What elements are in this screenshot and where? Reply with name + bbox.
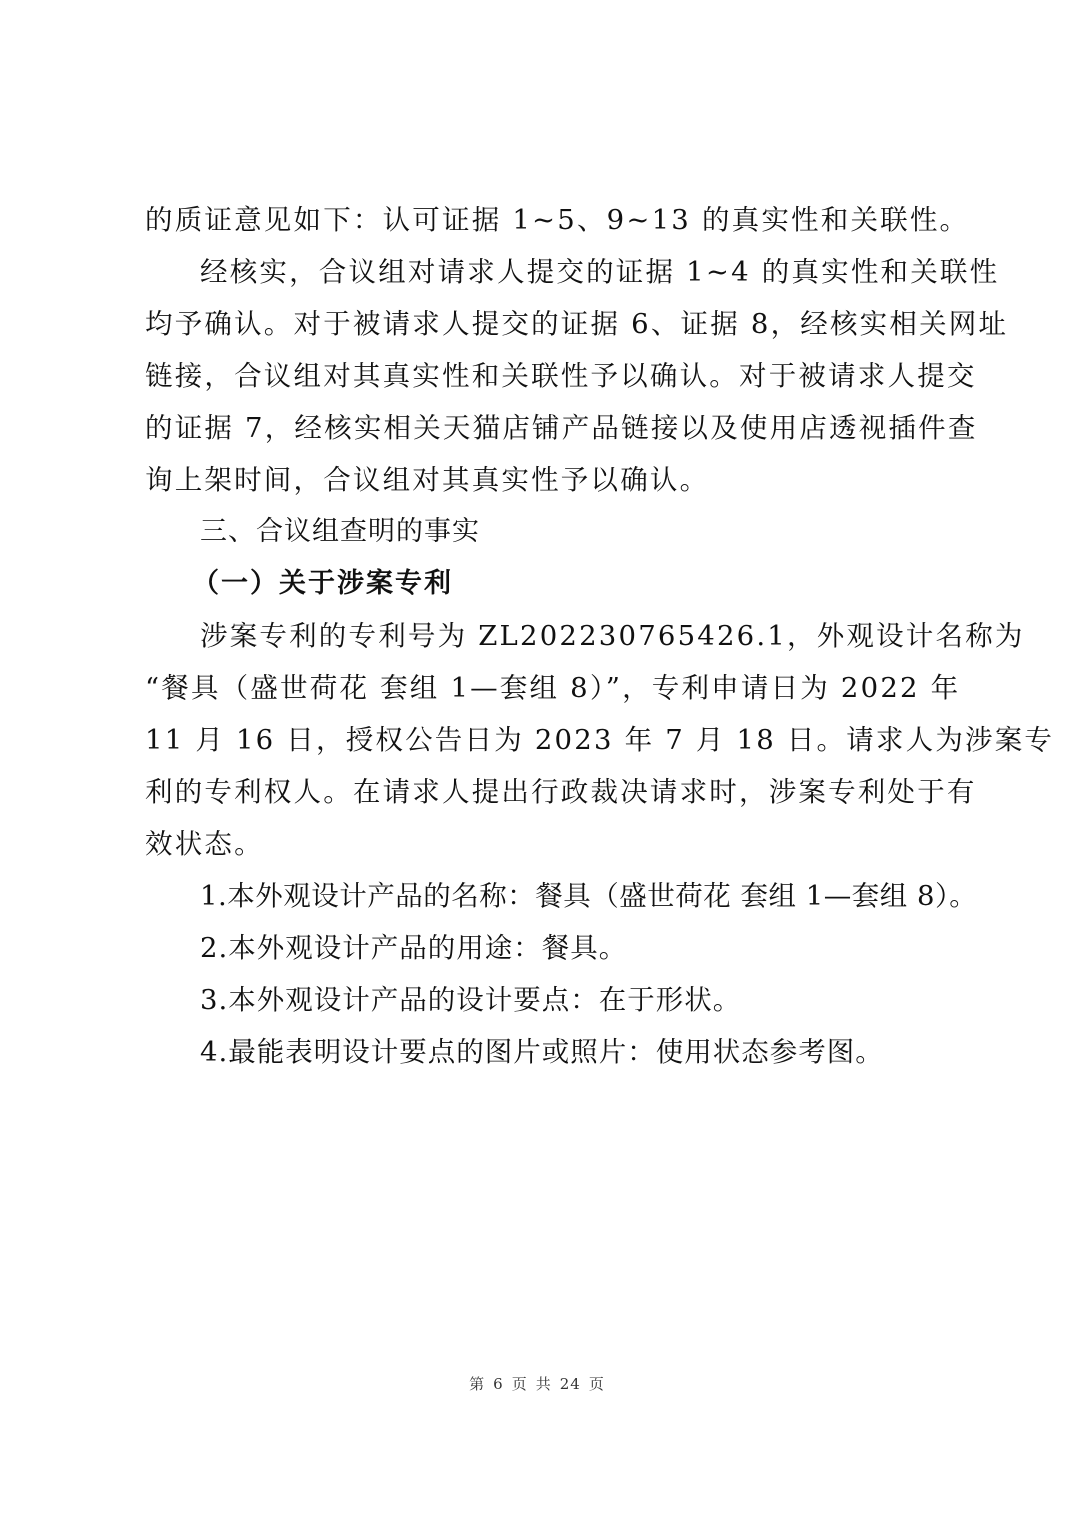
patent-item: 1.本外观设计产品的名称：餐具（盛世荷花 套组 1—套组 8）。	[200, 878, 945, 914]
current-page-number: 6	[493, 1375, 504, 1393]
paragraph-line: 均予确认。对于被请求人提交的证据 6、证据 8，经核实相关网址	[145, 306, 945, 342]
section-heading: 三、合议组查明的事实	[200, 514, 480, 550]
footer-total-word: 共	[536, 1375, 552, 1393]
paragraph-line: 涉案专利的专利号为 ZL202230765426.1，外观设计名称为	[200, 618, 945, 654]
footer-prefix: 第	[469, 1375, 485, 1393]
document-page: 的质证意见如下：认可证据 1~5、9~13 的真实性和关联性。 经核实，合议组对…	[0, 0, 1074, 1520]
paragraph-line: 经核实，合议组对请求人提交的证据 1~4 的真实性和关联性	[200, 254, 945, 290]
patent-item: 4.最能表明设计要点的图片或照片：使用状态参考图。	[200, 1034, 945, 1070]
footer-suffix: 页	[589, 1375, 605, 1393]
subsection-heading: （一）关于涉案专利	[192, 566, 453, 602]
paragraph-line: 11 月 16 日，授权公告日为 2023 年 7 月 18 日。请求人为涉案专	[145, 722, 945, 758]
footer-page-word: 页	[512, 1375, 528, 1393]
paragraph-line: 利的专利权人。在请求人提出行政裁决请求时，涉案专利处于有	[145, 774, 945, 810]
patent-item: 2.本外观设计产品的用途：餐具。	[200, 930, 945, 966]
total-pages-number: 24	[560, 1375, 581, 1393]
paragraph-line: 的质证意见如下：认可证据 1~5、9~13 的真实性和关联性。	[145, 202, 945, 238]
paragraph-line: 的证据 7，经核实相关天猫店铺产品链接以及使用店透视插件查	[145, 410, 945, 446]
paragraph-line: 询上架时间，合议组对其真实性予以确认。	[145, 462, 945, 498]
patent-item: 3.本外观设计产品的设计要点：在于形状。	[200, 982, 945, 1018]
paragraph-line: 链接，合议组对其真实性和关联性予以确认。对于被请求人提交	[145, 358, 945, 394]
paragraph-line: 效状态。	[145, 826, 945, 862]
page-footer: 第6页共24页	[0, 1373, 1074, 1394]
paragraph-line: “餐具（盛世荷花 套组 1—套组 8）”，专利申请日为 2022 年	[145, 670, 945, 706]
